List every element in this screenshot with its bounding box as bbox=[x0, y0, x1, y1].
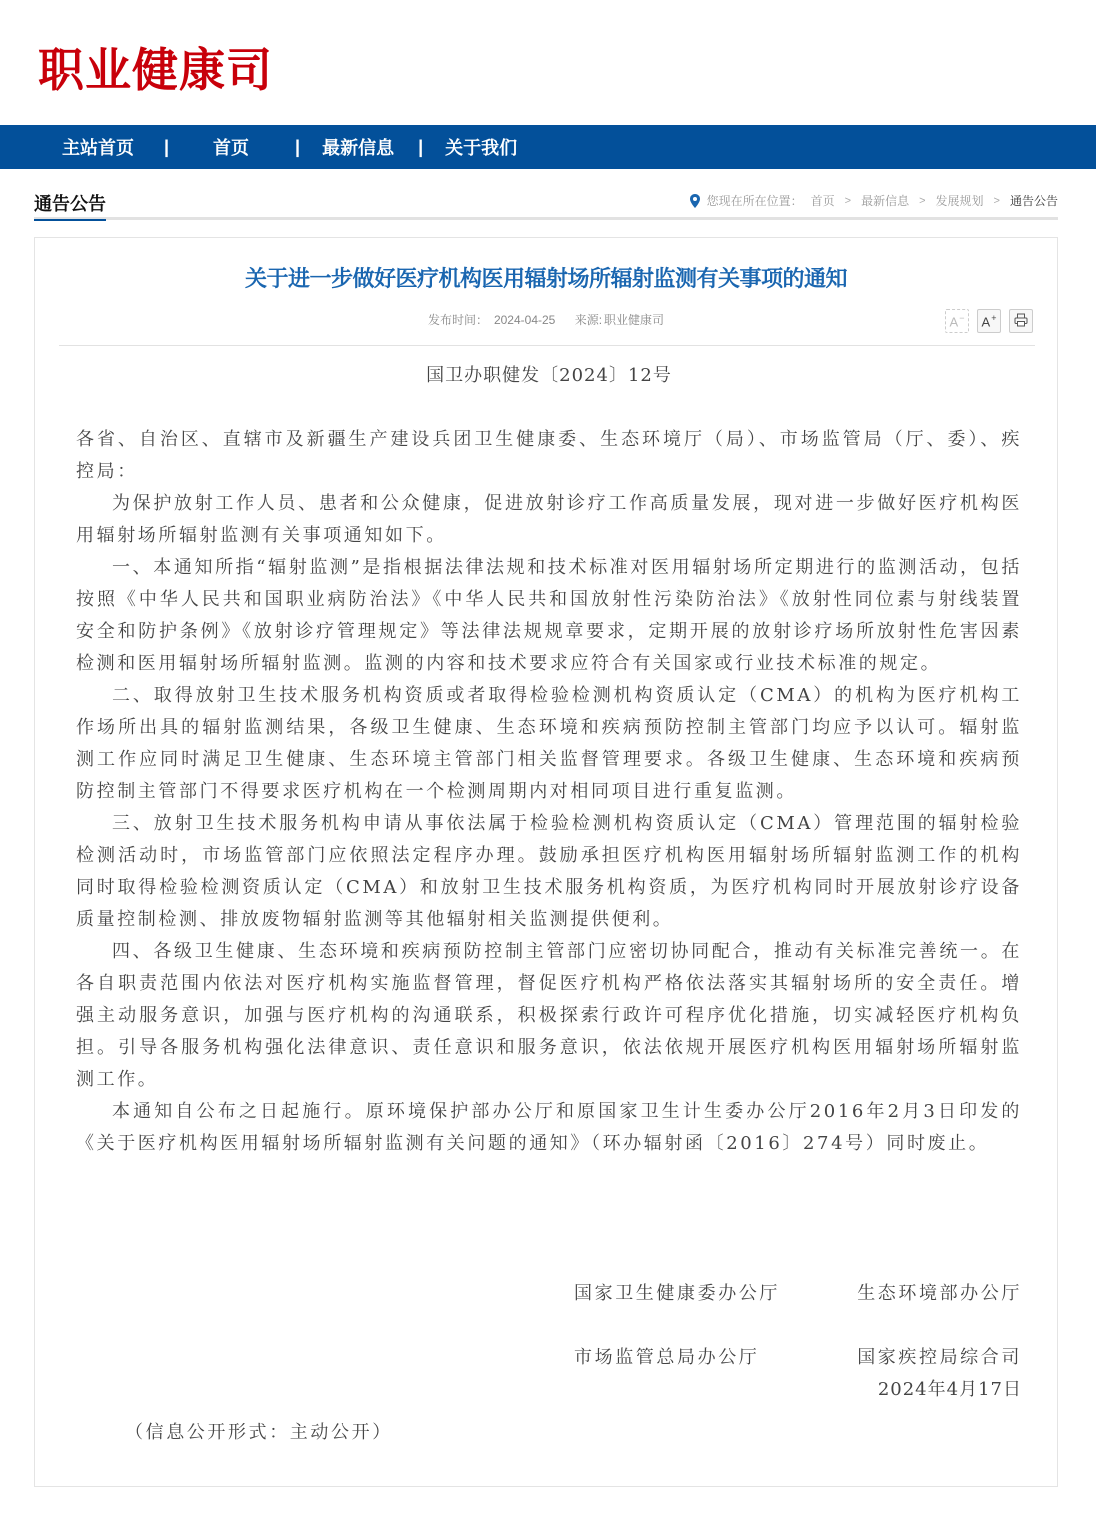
chevron-right-icon: > bbox=[845, 195, 851, 207]
paragraph-2: 二、取得放射卫生技术服务机构资质或者取得检验检测机构资质认定（CMA）的机构为医… bbox=[76, 680, 1022, 808]
breadcrumb: 您现在所在位置： 首页 > 最新信息 > 发展规划 > 通告公告 bbox=[689, 192, 1058, 209]
article-meta: 发布时间：2024-04-25 来源:职业健康司 bbox=[35, 311, 1057, 328]
breadcrumb-development-planning[interactable]: 发展规划 bbox=[936, 192, 984, 209]
breadcrumb-home[interactable]: 首页 bbox=[811, 192, 835, 209]
location-pin-icon bbox=[689, 194, 701, 208]
paragraph-intro: 为保护放射工作人员、患者和公众健康，促进放射诊疗工作高质量发展，现对进一步做好医… bbox=[76, 488, 1022, 552]
nav-separator: | bbox=[295, 137, 300, 158]
nav-item-about-us[interactable]: 关于我们 bbox=[445, 134, 517, 160]
nav-separator: | bbox=[164, 137, 169, 158]
article-body: 国卫办职健发〔2024〕12号 各省、自治区、直辖市及新疆生产建设兵团卫生健康委… bbox=[76, 360, 1022, 1160]
chevron-right-icon: > bbox=[994, 195, 1000, 207]
paragraph-4: 四、各级卫生健康、生态环境和疾病预防控制主管部门应密切协同配合，推动有关标准完善… bbox=[76, 936, 1022, 1096]
salutation: 各省、自治区、直辖市及新疆生产建设兵团卫生健康委、生态环境厅（局）、市场监管局（… bbox=[76, 424, 1022, 488]
article-card: 关于进一步做好医疗机构医用辐射场所辐射监测有关事项的通知 发布时间：2024-0… bbox=[34, 237, 1058, 1487]
breadcrumb-current: 通告公告 bbox=[1010, 192, 1058, 209]
nav-item-home[interactable]: 首页 bbox=[213, 134, 249, 160]
nav-item-main-site-home[interactable]: 主站首页 bbox=[62, 134, 134, 160]
signature-row: 市场监管总局办公厅 国家疾控局综合司 bbox=[76, 1342, 1022, 1374]
article-tools: A− A+ bbox=[945, 309, 1033, 333]
paragraph-3: 三、放射卫生技术服务机构申请从事依法属于检验检测机构资质认定（CMA）管理范围的… bbox=[76, 808, 1022, 936]
font-increase-icon: A+ bbox=[982, 313, 997, 329]
document-number: 国卫办职健发〔2024〕12号 bbox=[76, 360, 1022, 392]
publish-date: 2024-04-25 bbox=[494, 313, 555, 327]
breadcrumb-prefix: 您现在所在位置： bbox=[707, 192, 803, 209]
chevron-right-icon: > bbox=[919, 195, 925, 207]
source-value: 职业健康司 bbox=[604, 313, 664, 327]
font-decrease-icon: A− bbox=[950, 313, 965, 329]
source-label: 来源: bbox=[575, 313, 602, 327]
breadcrumb-latest-info[interactable]: 最新信息 bbox=[861, 192, 909, 209]
signatory: 市场监管总局办公厅 bbox=[574, 1342, 852, 1374]
publish-label: 发布时间： bbox=[428, 313, 488, 327]
paragraph-effective: 本通知自公布之日起施行。原环境保护部办公厅和原国家卫生计生委办公厅2016年2月… bbox=[76, 1096, 1022, 1160]
print-button[interactable] bbox=[1009, 309, 1033, 333]
site-logo[interactable]: 职业健康司 bbox=[38, 34, 273, 100]
signature-block: 国家卫生健康委办公厅 生态环境部办公厅 市场监管总局办公厅 国家疾控局综合司 2… bbox=[76, 1278, 1022, 1406]
signature-row: 国家卫生健康委办公厅 生态环境部办公厅 bbox=[76, 1278, 1022, 1310]
nav-item-latest-info[interactable]: 最新信息 bbox=[322, 134, 394, 160]
paragraph-1: 一、本通知所指“辐射监测”是指根据法律法规和技术标准对医用辐射场所定期进行的监测… bbox=[76, 552, 1022, 680]
main-nav: 主站首页 | 首页 | 最新信息 | 关于我们 bbox=[0, 125, 1096, 169]
signatory: 生态环境部办公厅 bbox=[852, 1278, 1022, 1310]
nav-separator: | bbox=[418, 137, 423, 158]
printer-icon bbox=[1014, 313, 1028, 330]
signatory: 国家卫生健康委办公厅 bbox=[574, 1278, 852, 1310]
article-title: 关于进一步做好医疗机构医用辐射场所辐射监测有关事项的通知 bbox=[35, 262, 1057, 293]
signatory: 国家疾控局综合司 bbox=[852, 1342, 1022, 1374]
divider bbox=[59, 345, 1035, 346]
disclosure-note: （信息公开形式：主动公开） bbox=[125, 1418, 393, 1444]
section-header: 通告公告 您现在所在位置： 首页 > 最新信息 > 发展规划 > 通告公告 bbox=[34, 188, 1058, 220]
sign-date: 2024年4月17日 bbox=[76, 1374, 1022, 1406]
font-decrease-button[interactable]: A− bbox=[945, 309, 969, 333]
section-title: 通告公告 bbox=[34, 194, 106, 221]
font-increase-button[interactable]: A+ bbox=[977, 309, 1001, 333]
site-header: 职业健康司 bbox=[0, 0, 1096, 125]
